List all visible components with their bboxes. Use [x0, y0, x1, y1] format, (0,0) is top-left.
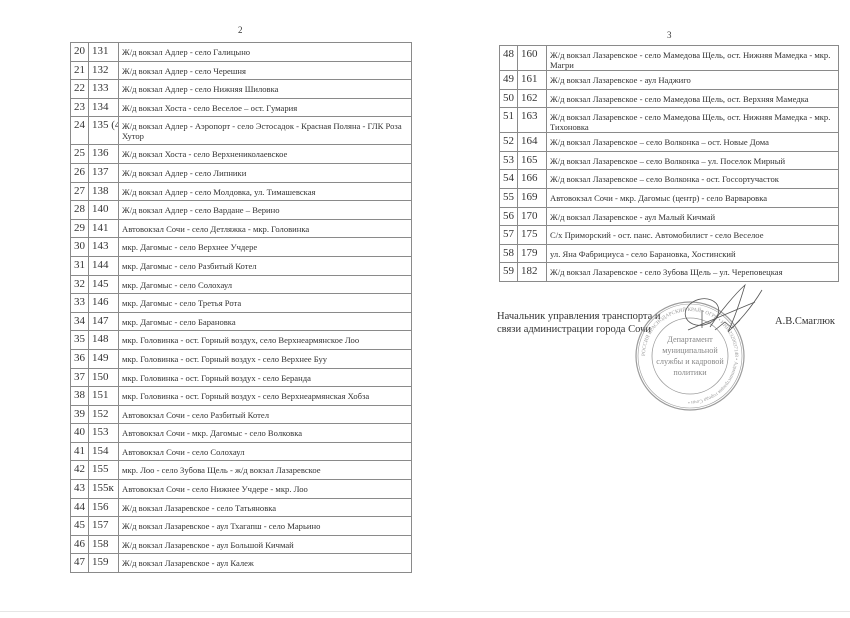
table-row: 26137Ж/д вокзал Адлер - село Липники — [71, 163, 412, 182]
route-description: Ж/д вокзал Лазаревское - село Татьяновка — [119, 498, 412, 517]
route-number: 175 — [518, 226, 547, 245]
table-row: 52164Ж/д вокзал Лазаревское – село Волко… — [500, 133, 839, 152]
routes-table-right: 48160Ж/д вокзал Лазаревское - село Мамед… — [499, 45, 839, 282]
routes-table-left: 20131Ж/д вокзал Адлер - село Галицыно211… — [70, 42, 412, 573]
route-description: мкр. Лоо - село Зубова Щель - ж/д вокзал… — [119, 461, 412, 480]
stamp-line3: службы и кадровой — [656, 357, 724, 366]
route-description: Автовокзал Сочи - мкр. Дагомыс - село Во… — [119, 424, 412, 443]
row-number: 48 — [500, 46, 518, 71]
route-number: 149 — [89, 349, 119, 368]
row-number: 46 — [71, 535, 89, 554]
row-number: 55 — [500, 188, 518, 207]
table-row: 41154Автовокзал Сочи - село Солохаул — [71, 442, 412, 461]
route-description: мкр. Дагомыс - село Верхнее Учдере — [119, 238, 412, 257]
route-description: мкр. Головинка - ост. Горный воздух - се… — [119, 368, 412, 387]
row-number: 21 — [71, 61, 89, 80]
row-number: 20 — [71, 43, 89, 62]
row-number: 42 — [71, 461, 89, 480]
table-row: 45157Ж/д вокзал Лазаревское - аул Тхагап… — [71, 517, 412, 536]
table-row: 47159Ж/д вокзал Лазаревское - аул Калеж — [71, 554, 412, 573]
stamp-line4: политики — [673, 368, 707, 377]
route-description: мкр. Дагомыс - село Солохаул — [119, 275, 412, 294]
route-description: ул. Яна Фабрициуса - село Барановка, Хос… — [547, 244, 839, 263]
route-description: мкр. Дагомыс - село Третья Рота — [119, 294, 412, 313]
handwritten-signature — [680, 282, 770, 352]
table-row: 50162Ж/д вокзал Лазаревское - село Мамед… — [500, 89, 839, 108]
table-row: 46158Ж/д вокзал Лазаревское - аул Большо… — [71, 535, 412, 554]
route-number: 170 — [518, 207, 547, 226]
route-description: Ж/д вокзал Лазаревское - село Мамедова Щ… — [547, 89, 839, 108]
table-row: 32145мкр. Дагомыс - село Солохаул — [71, 275, 412, 294]
row-number: 29 — [71, 219, 89, 238]
row-number: 30 — [71, 238, 89, 257]
route-number: 162 — [518, 89, 547, 108]
route-number: 153 — [89, 424, 119, 443]
route-description: Ж/д вокзал Адлер - село Молдовка, ул. Ти… — [119, 182, 412, 201]
table-row: 35148мкр. Головинка - ост. Горный воздух… — [71, 331, 412, 350]
table-row: 42155мкр. Лоо - село Зубова Щель - ж/д в… — [71, 461, 412, 480]
row-number: 54 — [500, 170, 518, 189]
table-row: 51163Ж/д вокзал Лазаревское - село Мамед… — [500, 108, 839, 133]
table-row: 29141Автовокзал Сочи - село Детляжка - м… — [71, 219, 412, 238]
table-row: 54166Ж/д вокзал Лазаревское – село Волко… — [500, 170, 839, 189]
row-number: 22 — [71, 80, 89, 99]
route-number: 131 — [89, 43, 119, 62]
route-number: 147 — [89, 312, 119, 331]
route-description: Ж/д вокзал Лазаревское - аул Тхагапш - с… — [119, 517, 412, 536]
route-description: Ж/д вокзал Адлер - Аэропорт - село Эстос… — [119, 117, 412, 145]
route-description: Ж/д вокзал Лазаревское – село Волконка –… — [547, 133, 839, 152]
route-description: Автовокзал Сочи - село Детляжка - мкр. Г… — [119, 219, 412, 238]
row-number: 59 — [500, 263, 518, 282]
row-number: 35 — [71, 331, 89, 350]
route-number: 141 — [89, 219, 119, 238]
route-number: 155к — [89, 480, 119, 499]
route-description: Ж/д вокзал Адлер - село Галицыно — [119, 43, 412, 62]
table-row: 55169Автовокзал Сочи - мкр. Дагомыс (цен… — [500, 188, 839, 207]
route-description: Ж/д вокзал Лазаревское - село Мамедова Щ… — [547, 108, 839, 133]
row-number: 58 — [500, 244, 518, 263]
route-description: мкр. Дагомыс - село Барановка — [119, 312, 412, 331]
table-row: 53165Ж/д вокзал Лазаревское – село Волко… — [500, 151, 839, 170]
route-number: 133 — [89, 80, 119, 99]
row-number: 25 — [71, 145, 89, 164]
route-description: Автовокзал Сочи - село Солохаул — [119, 442, 412, 461]
table-row: 58179ул. Яна Фабрициуса - село Барановка… — [500, 244, 839, 263]
route-number: 163 — [518, 108, 547, 133]
route-description: Ж/д вокзал Адлер - село Черешня — [119, 61, 412, 80]
route-description: Автовокзал Сочи - мкр. Дагомыс (центр) -… — [547, 188, 839, 207]
table-row: 44156Ж/д вокзал Лазаревское - село Татья… — [71, 498, 412, 517]
route-description: мкр. Дагомыс - село Разбитый Котел — [119, 256, 412, 275]
route-number: 165 — [518, 151, 547, 170]
route-number: 138 — [89, 182, 119, 201]
table-row: 36149мкр. Головинка - ост. Горный воздух… — [71, 349, 412, 368]
row-number: 47 — [71, 554, 89, 573]
route-number: 154 — [89, 442, 119, 461]
row-number: 32 — [71, 275, 89, 294]
table-row: 27138Ж/д вокзал Адлер - село Молдовка, у… — [71, 182, 412, 201]
route-number: 150 — [89, 368, 119, 387]
route-number: 182 — [518, 263, 547, 282]
route-description: мкр. Головинка - ост. Горный воздух - се… — [119, 387, 412, 406]
table-row: 24135 (4)Ж/д вокзал Адлер - Аэропорт - с… — [71, 117, 412, 145]
signatory-name: А.В.Смаглюк — [775, 316, 835, 327]
row-number: 44 — [71, 498, 89, 517]
row-number: 37 — [71, 368, 89, 387]
table-row: 25136Ж/д вокзал Хоста - село Верхненикол… — [71, 145, 412, 164]
row-number: 52 — [500, 133, 518, 152]
table-row: 31144мкр. Дагомыс - село Разбитый Котел — [71, 256, 412, 275]
route-description: мкр. Головинка - ост. Горный воздух, сел… — [119, 331, 412, 350]
route-number: 152 — [89, 405, 119, 424]
route-description: Ж/д вокзал Адлер - село Вардане – Верино — [119, 201, 412, 220]
table-row: 30143мкр. Дагомыс - село Верхнее Учдере — [71, 238, 412, 257]
route-number: 157 — [89, 517, 119, 536]
route-number: 145 — [89, 275, 119, 294]
route-number: 148 — [89, 331, 119, 350]
table-row: 43155кАвтовокзал Сочи - село Нижнее Учде… — [71, 480, 412, 499]
row-number: 38 — [71, 387, 89, 406]
route-description: Ж/д вокзал Хоста - село Веселое – ост. Г… — [119, 98, 412, 117]
row-number: 23 — [71, 98, 89, 117]
route-description: Автовокзал Сочи - село Разбитый Котел — [119, 405, 412, 424]
route-description: С/х Приморский - ост. панс. Автомобилист… — [547, 226, 839, 245]
route-description: Ж/д вокзал Лазаревское - село Зубова Щел… — [547, 263, 839, 282]
route-description: Ж/д вокзал Лазаревское - аул Большой Кич… — [119, 535, 412, 554]
route-number: 158 — [89, 535, 119, 554]
route-description: мкр. Головинка - ост. Горный воздух - се… — [119, 349, 412, 368]
table-row: 38151мкр. Головинка - ост. Горный воздух… — [71, 387, 412, 406]
route-description: Ж/д вокзал Адлер - село Липники — [119, 163, 412, 182]
row-number: 24 — [71, 117, 89, 145]
row-number: 43 — [71, 480, 89, 499]
row-number: 31 — [71, 256, 89, 275]
row-number: 34 — [71, 312, 89, 331]
table-row: 40153Автовокзал Сочи - мкр. Дагомыс - се… — [71, 424, 412, 443]
row-number: 53 — [500, 151, 518, 170]
route-description: Ж/д вокзал Адлер - село Нижняя Шиловка — [119, 80, 412, 99]
row-number: 45 — [71, 517, 89, 536]
table-row: 28140Ж/д вокзал Адлер - село Вардане – В… — [71, 201, 412, 220]
route-number: 134 — [89, 98, 119, 117]
route-description: Ж/д вокзал Лазаревское – село Волконка -… — [547, 170, 839, 189]
table-row: 56170Ж/д вокзал Лазаревское - аул Малый … — [500, 207, 839, 226]
route-number: 135 (4) — [89, 117, 119, 145]
row-number: 49 — [500, 71, 518, 90]
row-number: 40 — [71, 424, 89, 443]
route-description: Ж/д вокзал Лазаревское - село Мамедова Щ… — [547, 46, 839, 71]
route-description: Ж/д вокзал Лазаревское - аул Малый Кичма… — [547, 207, 839, 226]
route-number: 155 — [89, 461, 119, 480]
table-row: 34147мкр. Дагомыс - село Барановка — [71, 312, 412, 331]
table-row: 57175С/х Приморский - ост. панс. Автомоб… — [500, 226, 839, 245]
table-row: 33146мкр. Дагомыс - село Третья Рота — [71, 294, 412, 313]
route-number: 179 — [518, 244, 547, 263]
route-number: 151 — [89, 387, 119, 406]
route-number: 169 — [518, 188, 547, 207]
route-number: 164 — [518, 133, 547, 152]
route-number: 161 — [518, 71, 547, 90]
row-number: 36 — [71, 349, 89, 368]
table-row: 49161Ж/д вокзал Лазаревское - аул Наджиг… — [500, 71, 839, 90]
route-number: 140 — [89, 201, 119, 220]
page-number-right: 3 — [667, 30, 672, 40]
route-description: Ж/д вокзал Лазаревское - аул Наджиго — [547, 71, 839, 90]
route-description: Ж/д вокзал Хоста - село Верхнениколаевск… — [119, 145, 412, 164]
row-number: 27 — [71, 182, 89, 201]
row-number: 26 — [71, 163, 89, 182]
table-row: 20131Ж/д вокзал Адлер - село Галицыно — [71, 43, 412, 62]
row-number: 39 — [71, 405, 89, 424]
route-number: 156 — [89, 498, 119, 517]
page-number-left: 2 — [238, 25, 243, 35]
route-number: 166 — [518, 170, 547, 189]
route-number: 132 — [89, 61, 119, 80]
route-description: Ж/д вокзал Лазаревское – село Волконка –… — [547, 151, 839, 170]
route-number: 136 — [89, 145, 119, 164]
row-number: 28 — [71, 201, 89, 220]
row-number: 50 — [500, 89, 518, 108]
route-number: 144 — [89, 256, 119, 275]
table-row: 37150мкр. Головинка - ост. Горный воздух… — [71, 368, 412, 387]
scan-edge-line — [0, 611, 850, 612]
table-row: 23134Ж/д вокзал Хоста - село Веселое – о… — [71, 98, 412, 117]
route-description: Ж/д вокзал Лазаревское - аул Калеж — [119, 554, 412, 573]
table-row: 59182Ж/д вокзал Лазаревское - село Зубов… — [500, 263, 839, 282]
table-row: 39152Автовокзал Сочи - село Разбитый Кот… — [71, 405, 412, 424]
route-number: 146 — [89, 294, 119, 313]
row-number: 41 — [71, 442, 89, 461]
table-row: 22133Ж/д вокзал Адлер - село Нижняя Шило… — [71, 80, 412, 99]
row-number: 56 — [500, 207, 518, 226]
row-number: 57 — [500, 226, 518, 245]
table-row: 21132Ж/д вокзал Адлер - село Черешня — [71, 61, 412, 80]
row-number: 51 — [500, 108, 518, 133]
route-number: 143 — [89, 238, 119, 257]
route-number: 160 — [518, 46, 547, 71]
route-number: 159 — [89, 554, 119, 573]
route-description: Автовокзал Сочи - село Нижнее Учдере - м… — [119, 480, 412, 499]
route-number: 137 — [89, 163, 119, 182]
row-number: 33 — [71, 294, 89, 313]
table-row: 48160Ж/д вокзал Лазаревское - село Мамед… — [500, 46, 839, 71]
